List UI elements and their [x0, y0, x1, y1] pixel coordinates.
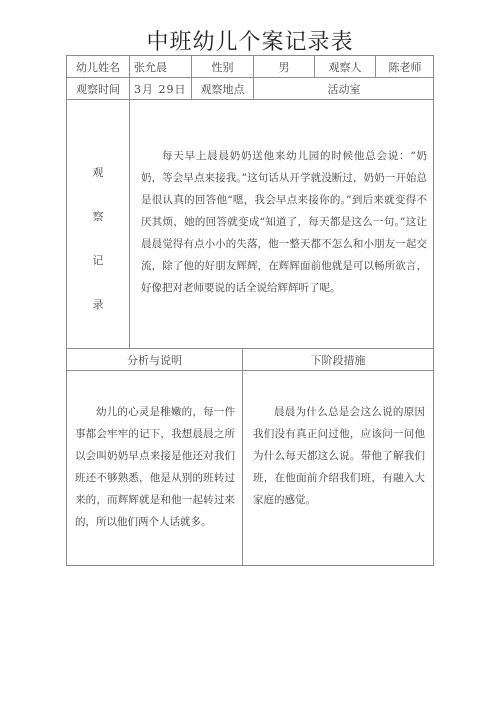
- document-title: 中班幼儿个案记录表: [0, 30, 500, 56]
- gender-value: 男: [254, 56, 314, 77]
- analysis-text: 幼儿的心灵是稚嫩的，每一件事都会牢牢的记下，我想晨晨之所以会叫奶奶早点来接是他还…: [75, 401, 235, 533]
- record-label-char: 察: [67, 208, 129, 224]
- next-steps-text: 晨晨为什么总是会这么说的原因我们没有真正问过他，应该问一问他为什么每天都这么说。…: [253, 401, 425, 511]
- time-label: 观察时间: [67, 78, 129, 99]
- row-divider: [67, 99, 433, 100]
- analysis-header: 分析与说明: [67, 349, 242, 370]
- record-table: 幼儿姓名 张允晨 性别 男 观察人 陈老师 观察时间 3月 29日 观察地点 活…: [66, 55, 434, 566]
- place-label: 观察地点: [192, 78, 253, 99]
- col-divider: [129, 77, 130, 348]
- observation-record-text: 每天早上晨晨奶奶送他来幼儿园的时候他总会说：“奶奶，等会早点来接我。”这句话从开…: [141, 145, 427, 299]
- record-label-char: 录: [67, 296, 129, 312]
- row-divider: [67, 370, 433, 371]
- time-value: 3月 29日: [130, 78, 191, 99]
- record-label-char: 观: [67, 164, 129, 180]
- name-value: 张允晨: [130, 56, 191, 77]
- place-value: 活动室: [254, 78, 434, 99]
- next-steps-header: 下阶段措施: [243, 349, 433, 370]
- observer-label: 观察人: [315, 56, 375, 77]
- gender-label: 性别: [192, 56, 253, 77]
- col-divider: [242, 348, 243, 565]
- observer-value: 陈老师: [376, 56, 434, 77]
- name-label: 幼儿姓名: [67, 56, 129, 77]
- record-label-char: 记: [67, 252, 129, 268]
